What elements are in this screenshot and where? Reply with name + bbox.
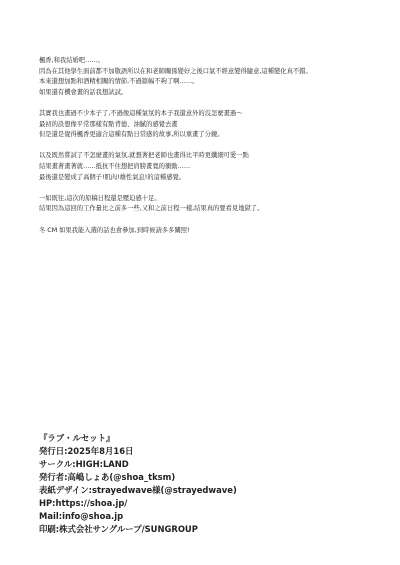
text-line: 本來還想加點和酒精相關的情節,不過篇幅不夠了啊……。 bbox=[39, 77, 379, 88]
text-line: 結果因為這回的工作量比之前多一些,又和之前日程一樣,結果真的要看見地獄了。 bbox=[39, 204, 379, 215]
text-line: 冬 CM 如果我能入選的話也會參加,到時候請多多關照! bbox=[39, 226, 379, 237]
mail: Mail:info@shoa.jp bbox=[39, 510, 237, 523]
text-line: 楓香,和我結婚吧……。 bbox=[39, 56, 379, 67]
paragraph-5: 冬 CM 如果我能入選的話也會參加,到時候請多多關照! bbox=[39, 226, 379, 237]
text-line: 因為在其他學生面前都不加敬語所以在和老師關係變好之後口氣不經意變得隨意,這種變化… bbox=[39, 67, 379, 78]
text-line: 最初的設想像平常那樣有點背德、油膩的感覺去畫 bbox=[39, 120, 379, 131]
publish-date: 発行日:2025年8月16日 bbox=[39, 445, 237, 458]
printer: 印刷:株式会社サングループ/SUNGROUP bbox=[39, 523, 237, 536]
text-line: 但是還是覺得楓香更適合這種有點日常感的故事,所以重畫了分鏡。 bbox=[39, 130, 379, 141]
publisher: 発行者:高嶋しょあ(@shoa_tksm) bbox=[39, 471, 237, 484]
circle-name: サークル:HIGH:LAND bbox=[39, 458, 237, 471]
paragraph-1: 楓香,和我結婚吧……。 因為在其他學生面前都不加敬語所以在和老師關係變好之後口氣… bbox=[39, 56, 379, 98]
afterword-text: 楓香,和我結婚吧……。 因為在其他學生面前都不加敬語所以在和老師關係變好之後口氣… bbox=[39, 56, 379, 247]
text-line: 結果畫著畫著就……抵抗不住想把肩膀畫寬的衝動…… bbox=[39, 162, 379, 173]
text-line: 一如既往,這次的原稿日程還是壓迫感十足。 bbox=[39, 194, 379, 205]
colophon: 『ラブ・ルセット』 発行日:2025年8月16日 サークル:HIGH:LAND … bbox=[39, 432, 237, 536]
paragraph-2: 其實我也畫過不少本子了,不過像這種氣氛的本子我還意外的沒怎麼畫過～ 最初的設想像… bbox=[39, 109, 379, 141]
text-line: 以及既然嘗試了不怎麼畫的氣氛,就想著把老師也畫得比平時更纖細可愛一點 bbox=[39, 151, 379, 162]
paragraph-3: 以及既然嘗試了不怎麼畫的氣氛,就想著把老師也畫得比平時更纖細可愛一點 結果畫著畫… bbox=[39, 151, 379, 183]
text-line: 如果還有機會畫的話我想試試。 bbox=[39, 88, 379, 99]
cover-design: 表紙デザイン:strayedwave様(@strayedwave) bbox=[39, 484, 237, 497]
homepage: HP:https://shoa.jp/ bbox=[39, 497, 237, 510]
book-title: 『ラブ・ルセット』 bbox=[39, 432, 237, 445]
paragraph-4: 一如既往,這次的原稿日程還是壓迫感十足。 結果因為這回的工作量比之前多一些,又和… bbox=[39, 194, 379, 215]
text-line: 其實我也畫過不少本子了,不過像這種氣氛的本子我還意外的沒怎麼畫過～ bbox=[39, 109, 379, 120]
text-line: 最後還是變成了高個子!肌肉!雄性氣息!的這種感覺。 bbox=[39, 173, 379, 184]
